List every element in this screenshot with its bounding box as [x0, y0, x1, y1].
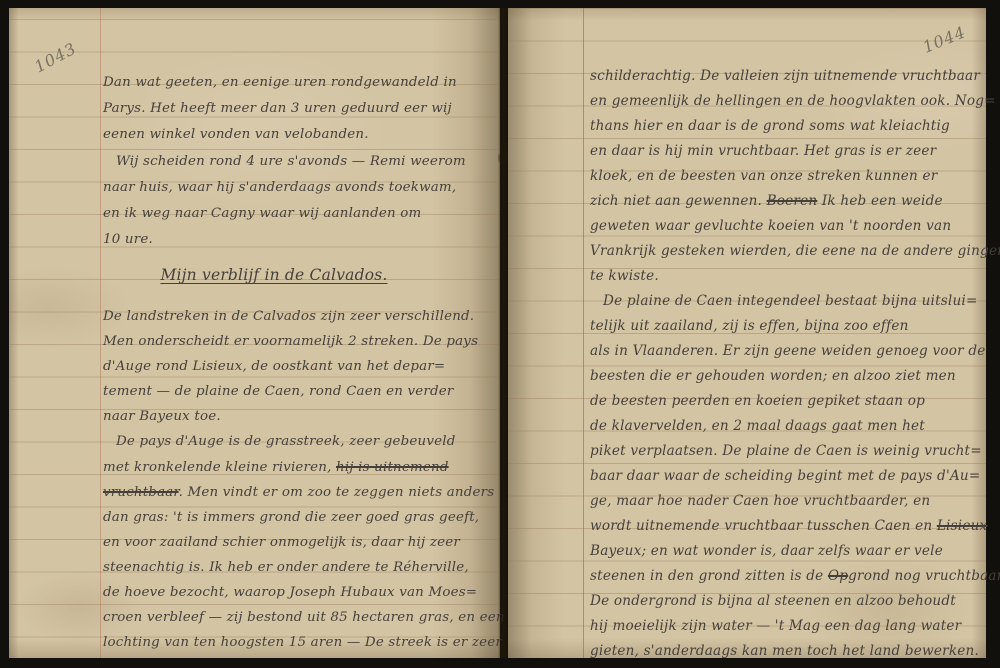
- handwritten-text: tement — de plaine de Caen, rond Caen en…: [103, 384, 454, 399]
- handwritten-text: telijk uit zaailand, zij is effen, bijna…: [590, 318, 909, 334]
- manuscript-line: vruchtbaar. Men vindt er om zoo te zegge…: [103, 480, 505, 505]
- manuscript-line: Parys. Het heeft meer dan 3 uren geduurd…: [103, 96, 466, 122]
- manuscript-line: met kronkelende kleine rivieren, hij is …: [103, 455, 505, 480]
- manuscript-line: naar huis, waar hij s'anderdaags avonds …: [103, 175, 466, 201]
- struck-text: Boeren: [767, 193, 818, 209]
- left-page: 1043 Dan wat geeten, en eenige uren rond…: [9, 8, 500, 658]
- manuscript-line: croen verbleef — zij bestond uit 85 hect…: [103, 605, 505, 630]
- manuscript-line: wordt uitnemende vruchtbaar tusschen Cae…: [590, 514, 1000, 539]
- handwritten-text: d'Auge rond Lisieux, de oostkant van het…: [103, 359, 445, 374]
- manuscript-line: thans hier en daar is de grond soms wat …: [590, 114, 1000, 139]
- handwritten-text: Men onderscheidt er voornamelijk 2 strek…: [103, 334, 478, 349]
- page-number: 1043: [31, 39, 79, 77]
- manuscript-line: ge, maar hoe nader Caen hoe vruchtbaarde…: [590, 489, 1000, 514]
- margin-line: [100, 8, 101, 658]
- handwritten-text: met kronkelende kleine rivieren,: [103, 460, 336, 475]
- manuscript-line: kloek, en de beesten van onze streken ku…: [590, 164, 1000, 189]
- handwritten-text: hij moeielijk zijn water — 't Mag een da…: [590, 618, 961, 634]
- handwritten-text: en ik weg naar Cagny waar wij aanlanden …: [103, 206, 421, 221]
- margin-line: [583, 8, 584, 658]
- manuscript-line: de klavervelden, en 2 maal daags gaat me…: [590, 414, 1000, 439]
- manuscript-line: tement — de plaine de Caen, rond Caen en…: [103, 379, 505, 404]
- handwritten-text: lochting van ten hoogsten 15 aren — De s…: [103, 635, 502, 650]
- handwritten-text: en voor zaailand schier onmogelijk is, d…: [103, 535, 460, 550]
- handwritten-text: grond nog vruchtbaar.: [848, 568, 1000, 584]
- handwritten-text: de hoeve bezocht, waarop Joseph Hubaux v…: [103, 585, 477, 600]
- manuscript-line: steenachtig is. Ik heb er onder andere t…: [103, 555, 505, 580]
- handwritten-text: thans hier en daar is de grond soms wat …: [590, 118, 950, 134]
- manuscript-line: dan gras: 't is immers grond die zeer go…: [103, 505, 505, 530]
- manuscript-line: hij moeielijk zijn water — 't Mag een da…: [590, 614, 1000, 639]
- manuscript-line: telijk uit zaailand, zij is effen, bijna…: [590, 314, 1000, 339]
- page-number: 1044: [920, 22, 969, 56]
- manuscript-line: als in Vlaanderen. Er zijn geene weiden …: [590, 339, 1000, 364]
- handwritten-text: Dan wat geeten, en eenige uren rondgewan…: [103, 75, 457, 90]
- manuscript-line: Bayeux; en wat wonder is, daar zelfs waa…: [590, 539, 1000, 564]
- handwritten-text: geweten waar gevluchte koeien van 't noo…: [590, 218, 951, 234]
- handwritten-text: en gemeenlijk de hellingen en de hoogvla…: [590, 93, 996, 109]
- manuscript-line: De pays d'Auge is de grasstreek, zeer ge…: [103, 429, 505, 454]
- handwritten-text: de klavervelden, en 2 maal daags gaat me…: [590, 418, 925, 434]
- manuscript-line: te kwiste.: [590, 264, 1000, 289]
- manuscript-line: Dan wat geeten, en eenige uren rondgewan…: [103, 70, 466, 96]
- handwritten-text: Bayeux; en wat wonder is, daar zelfs waa…: [590, 543, 943, 559]
- manuscript-line: De plaine de Caen integendeel bestaat bi…: [590, 289, 1000, 314]
- manuscript-line: baar daar waar de scheiding begint met d…: [590, 464, 1000, 489]
- manuscript-line: piket verplaatsen. De plaine de Caen is …: [590, 439, 1000, 464]
- manuscript-line: naar Bayeux toe.: [103, 404, 505, 429]
- manuscript-line: gieten, s'anderdaags kan men toch het la…: [590, 639, 1000, 664]
- manuscript-line: steenen in den grond zitten is de Opgron…: [590, 564, 1000, 589]
- manuscript-line: 10 ure.: [103, 227, 466, 253]
- struck-text: Op: [828, 568, 848, 584]
- handwritten-text: Wij scheiden rond 4 ure s'avonds — Remi …: [116, 154, 466, 169]
- handwritten-text: dan gras: 't is immers grond die zeer go…: [103, 510, 479, 525]
- handwritten-text: en daar is hij min vruchtbaar. Het gras …: [590, 143, 936, 159]
- handwritten-text: De landstreken in de Calvados zijn zeer …: [103, 309, 474, 324]
- manuscript-line: en daar is hij min vruchtbaar. Het gras …: [590, 139, 1000, 164]
- handwritten-text: De ondergrond is bijna al steenen en alz…: [590, 593, 956, 609]
- handwritten-text: kloek, en de beesten van onze streken ku…: [590, 168, 937, 184]
- handwritten-text: eenen winkel vonden van velobanden.: [103, 127, 369, 142]
- handwritten-text: croen verbleef — zij bestond uit 85 hect…: [103, 610, 505, 625]
- handwritten-text: 10 ure.: [103, 232, 153, 247]
- handwritten-text: zich niet aan gewennen.: [590, 193, 767, 209]
- handwritten-text: steenen in den grond zitten is de: [590, 568, 828, 584]
- handwritten-text: De pays d'Auge is de grasstreek, zeer ge…: [116, 434, 456, 449]
- right-text: schilderachtig. De valleien zijn uitneme…: [590, 64, 1000, 664]
- manuscript-line: eenen winkel vonden van velobanden.: [103, 122, 466, 148]
- manuscript-line: De landstreken in de Calvados zijn zeer …: [103, 304, 505, 329]
- struck-text: hij is uitnemend: [336, 460, 449, 475]
- manuscript-line: schilderachtig. De valleien zijn uitneme…: [590, 64, 1000, 89]
- handwritten-text: naar Bayeux toe.: [103, 409, 221, 424]
- handwritten-text: als in Vlaanderen. Er zijn geene weiden …: [590, 343, 985, 359]
- handwritten-text: wordt uitnemende vruchtbaar tusschen Cae…: [590, 518, 937, 534]
- handwritten-text: beesten die er gehouden worden; en alzoo…: [590, 368, 956, 384]
- handwritten-text: Vrankrijk gesteken wierden, die eene na …: [590, 243, 1000, 259]
- handwritten-text: te kwiste.: [590, 268, 659, 284]
- struck-text: Lisieux: [937, 518, 988, 534]
- right-page: 1044 schilderachtig. De valleien zijn ui…: [508, 8, 986, 658]
- handwritten-text: de beesten peerden en koeien gepiket sta…: [590, 393, 925, 409]
- handwritten-text: ge, maar hoe nader Caen hoe vruchtbaarde…: [590, 493, 930, 509]
- manuscript-line: Men onderscheidt er voornamelijk 2 strek…: [103, 329, 505, 354]
- handwritten-text: steenachtig is. Ik heb er onder andere t…: [103, 560, 469, 575]
- manuscript-line: beesten die er gehouden worden; en alzoo…: [590, 364, 1000, 389]
- left-paragraph-1: Dan wat geeten, en eenige uren rondgewan…: [103, 70, 466, 253]
- manuscript-line: zich niet aan gewennen. Boeren Ik heb ee…: [590, 189, 1000, 214]
- handwritten-text: baar daar waar de scheiding begint met d…: [590, 468, 980, 484]
- manuscript-line: geweten waar gevluchte koeien van 't noo…: [590, 214, 1000, 239]
- manuscript-line: de beesten peerden en koeien gepiket sta…: [590, 389, 1000, 414]
- handwritten-text: Ik heb een weide: [817, 193, 942, 209]
- manuscript-line: d'Auge rond Lisieux, de oostkant van het…: [103, 354, 505, 379]
- left-paragraph-2: De landstreken in de Calvados zijn zeer …: [103, 304, 505, 655]
- manuscript-line: Wij scheiden rond 4 ure s'avonds — Remi …: [103, 149, 466, 175]
- manuscript-line: en voor zaailand schier onmogelijk is, d…: [103, 530, 505, 555]
- manuscript-line: De ondergrond is bijna al steenen en alz…: [590, 589, 1000, 614]
- handwritten-text: . Men vindt er om zoo te zeggen niets an…: [179, 485, 495, 500]
- manuscript-line: en gemeenlijk de hellingen en de hoogvla…: [590, 89, 1000, 114]
- manuscript-line: en ik weg naar Cagny waar wij aanlanden …: [103, 201, 466, 227]
- handwritten-text: naar huis, waar hij s'anderdaags avonds …: [103, 180, 456, 195]
- handwritten-text: piket verplaatsen. De plaine de Caen is …: [590, 443, 982, 459]
- handwritten-text: Parys. Het heeft meer dan 3 uren geduurd…: [103, 101, 452, 116]
- struck-text: vruchtbaar: [103, 485, 179, 500]
- handwritten-text: schilderachtig. De valleien zijn uitneme…: [590, 68, 980, 84]
- manuscript-line: Vrankrijk gesteken wierden, die eene na …: [590, 239, 1000, 264]
- manuscript-line: lochting van ten hoogsten 15 aren — De s…: [103, 630, 505, 655]
- handwritten-text: De plaine de Caen integendeel bestaat bi…: [603, 293, 978, 309]
- handwritten-text: gieten, s'anderdaags kan men toch het la…: [590, 643, 979, 659]
- manuscript-heading: Mijn verblijf in de Calvados.: [103, 266, 445, 284]
- manuscript-line: de hoeve bezocht, waarop Joseph Hubaux v…: [103, 580, 505, 605]
